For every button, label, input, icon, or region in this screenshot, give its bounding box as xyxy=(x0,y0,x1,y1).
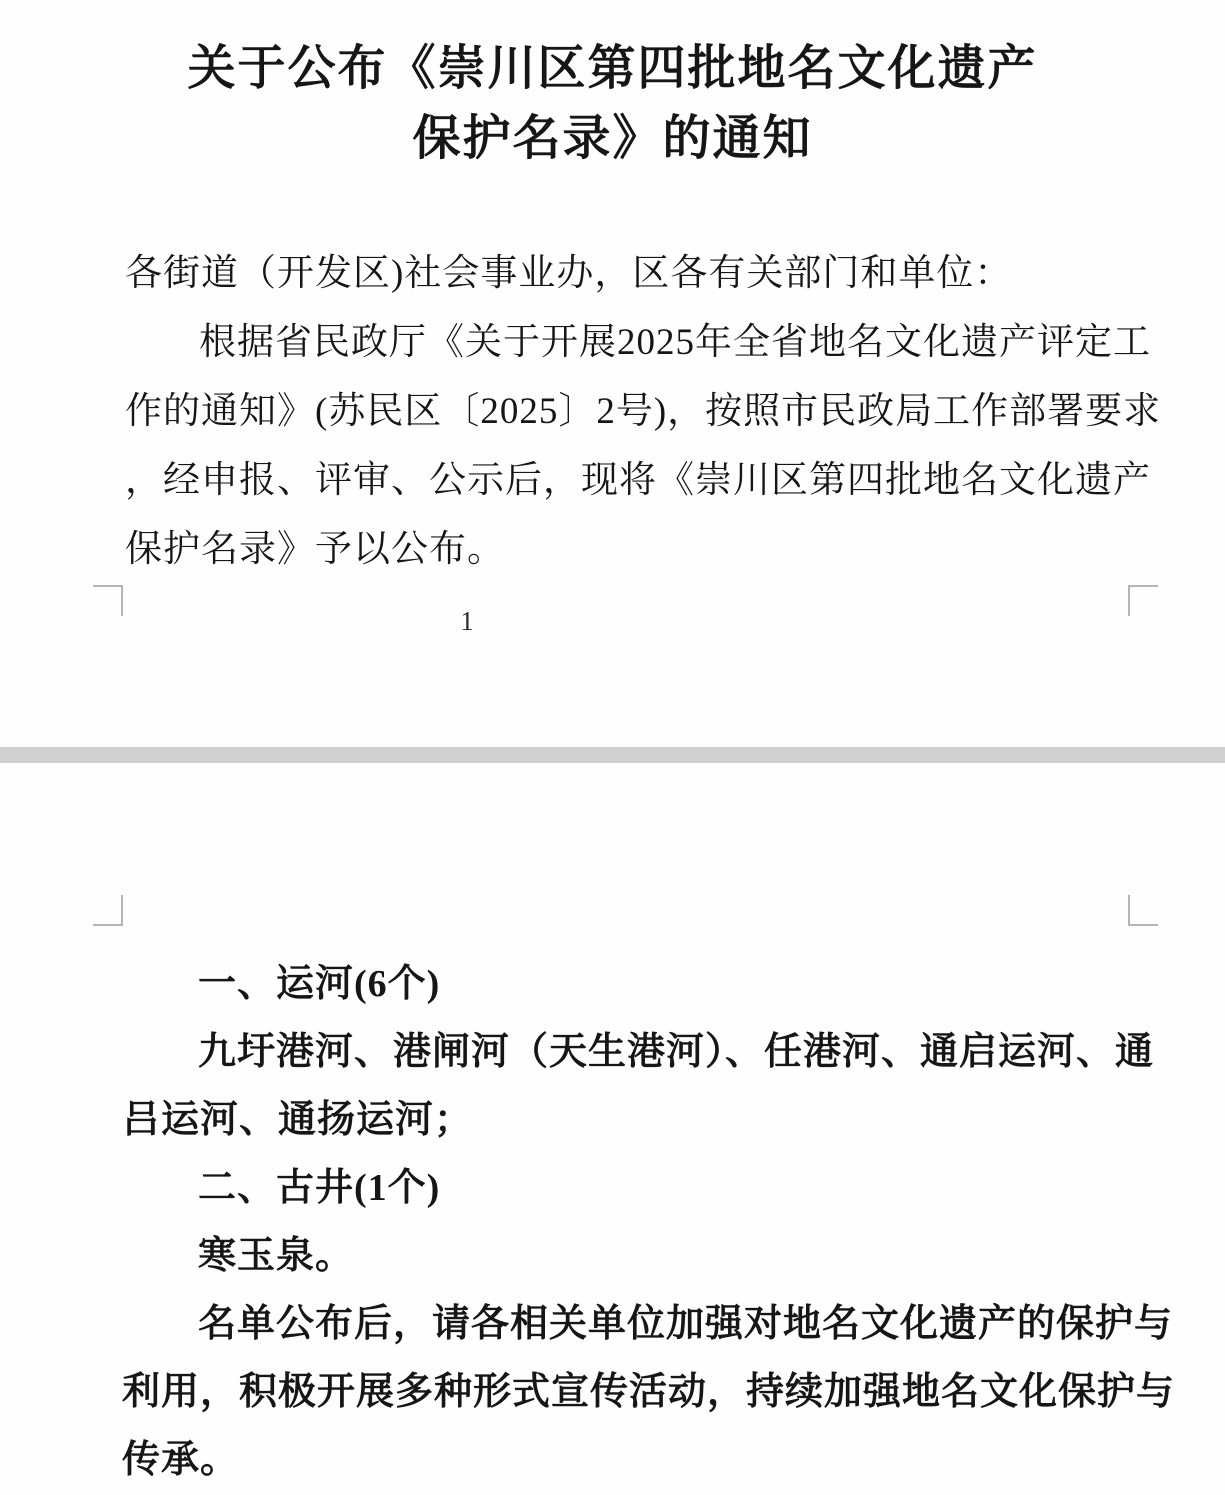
body-line-1: 根据省民政厅《关于开展2025年全省地名文化遗产评定工 xyxy=(125,308,1140,377)
body-line-2: 作的通知》(苏民区〔2025〕2号)，按照市民政局工作部署要求 xyxy=(125,377,1140,446)
body-line-3: ，经申报、评审、公示后，现将《崇川区第四批地名文化遗产 xyxy=(125,446,1140,515)
document-page-2: 一、运河(6个) 九圩港河、港闸河（天生港河）、任港河、通启运河、通 吕运河、通… xyxy=(0,763,1225,1495)
salutation-line: 各街道（开发区)社会事业办，区各有关部门和单位： xyxy=(125,239,1140,308)
closing-line-3: 传承。 xyxy=(122,1426,1140,1494)
text-boundary-mark-bottom-left-icon xyxy=(93,585,123,616)
text-boundary-mark-top-right-icon xyxy=(1128,895,1158,926)
canals-list-line-1: 九圩港河、港闸河（天生港河）、任港河、通启运河、通 xyxy=(122,1018,1140,1086)
text-boundary-mark-top-left-icon xyxy=(93,895,123,926)
title-line-1: 关于公布《崇川区第四批地名文化遗产 xyxy=(0,34,1225,104)
closing-line-2: 利用，积极开展多种形式宣传活动，持续加强地名文化保护与 xyxy=(122,1358,1140,1426)
closing-line-1: 名单公布后，请各相关单位加强对地名文化遗产的保护与 xyxy=(122,1290,1140,1358)
page2-body: 一、运河(6个) 九圩港河、港闸河（天生港河）、任港河、通启运河、通 吕运河、通… xyxy=(122,763,1140,1494)
document-title: 关于公布《崇川区第四批地名文化遗产 保护名录》的通知 xyxy=(0,0,1225,174)
page-number: 1 xyxy=(450,606,484,637)
title-line-2: 保护名录》的通知 xyxy=(0,104,1225,174)
document-viewer: 关于公布《崇川区第四批地名文化遗产 保护名录》的通知 各街道（开发区)社会事业办… xyxy=(0,0,1225,1495)
section-heading-canals: 一、运河(6个) xyxy=(122,950,1140,1018)
page1-body: 各街道（开发区)社会事业办，区各有关部门和单位： 根据省民政厅《关于开展2025… xyxy=(125,239,1140,584)
page-separator xyxy=(0,747,1225,763)
section-heading-ancient-well: 二、古井(1个) xyxy=(122,1154,1140,1222)
well-name-line: 寒玉泉。 xyxy=(122,1222,1140,1290)
text-boundary-mark-bottom-right-icon xyxy=(1128,585,1158,616)
body-line-4: 保护名录》予以公布。 xyxy=(125,515,1140,584)
document-page-1: 关于公布《崇川区第四批地名文化遗产 保护名录》的通知 各街道（开发区)社会事业办… xyxy=(0,0,1225,747)
canals-list-line-2: 吕运河、通扬运河； xyxy=(122,1086,1140,1154)
